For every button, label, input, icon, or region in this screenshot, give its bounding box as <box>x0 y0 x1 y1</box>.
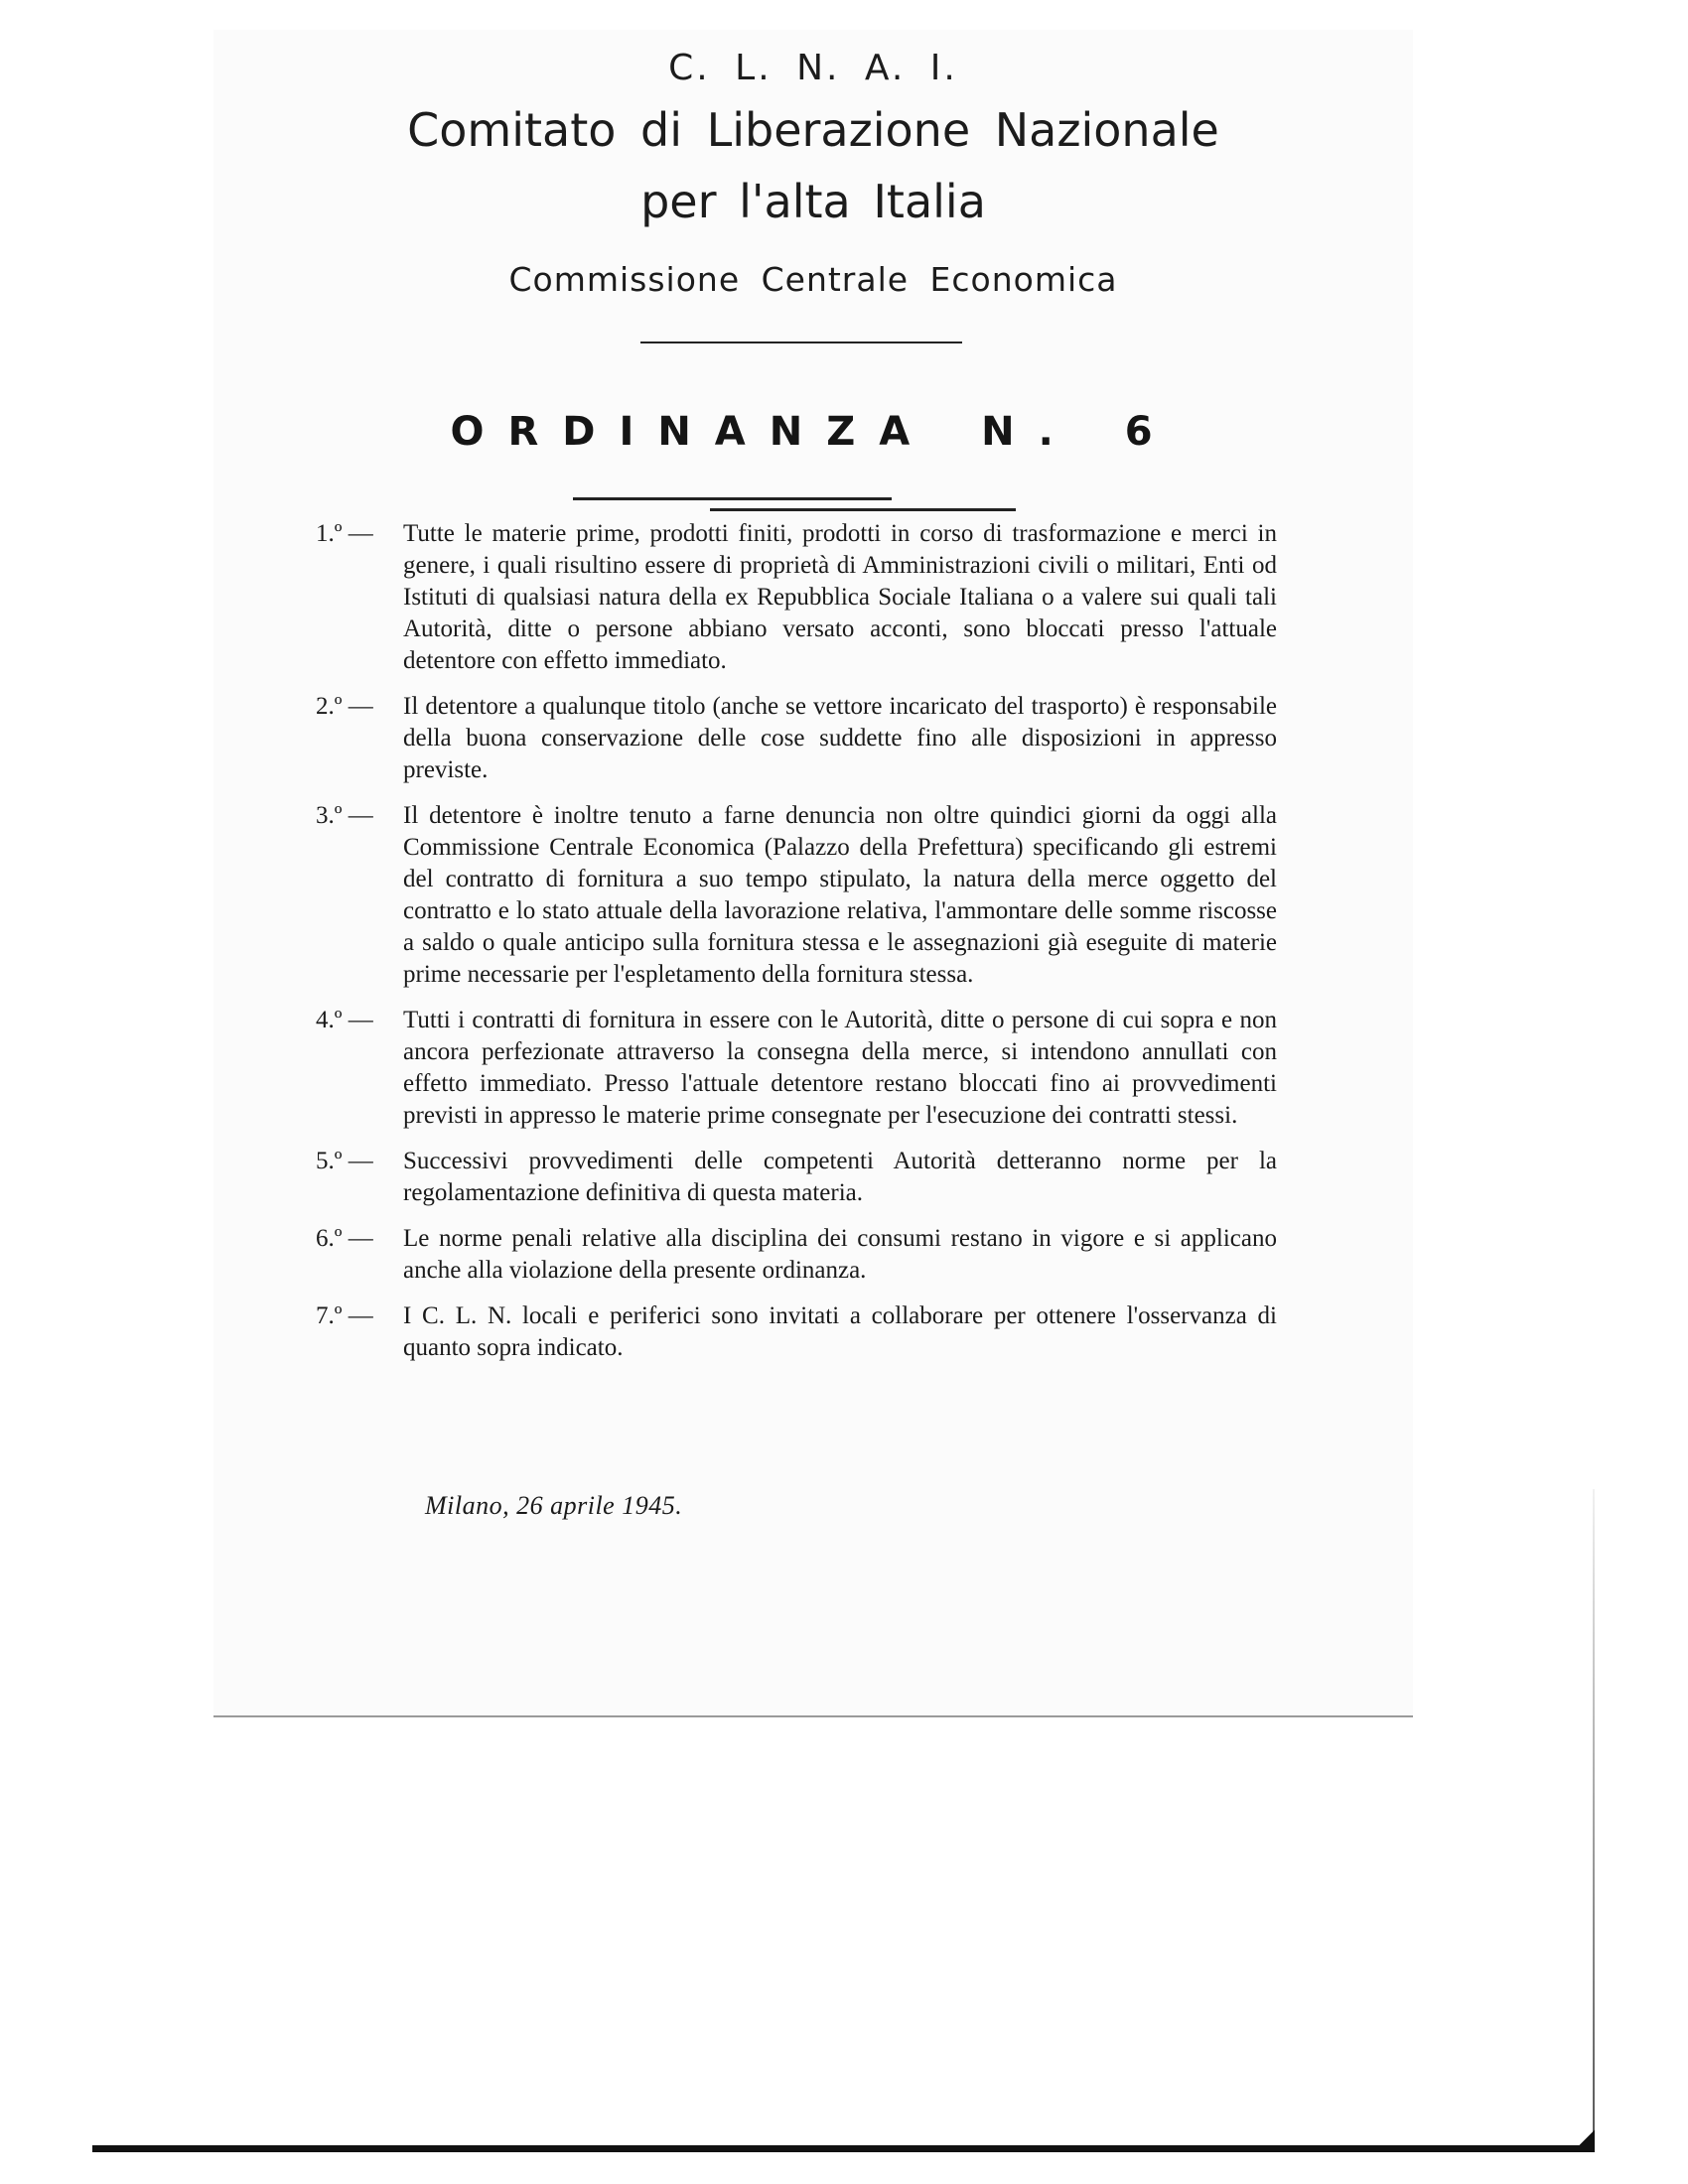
page-edge-bottom <box>92 2145 1595 2152</box>
header-subtitle: Commissione Centrale Economica <box>213 260 1413 299</box>
article-text: Il detentore a qualunque titolo (anche s… <box>403 691 1277 786</box>
article-number: 7.º — <box>316 1300 403 1364</box>
header-acronym: C. L. N. A. I. <box>213 48 1413 88</box>
article-2: 2.º — Il detentore a qualunque titolo (a… <box>316 691 1277 786</box>
article-number: 6.º — <box>316 1223 403 1287</box>
article-number: 4.º — <box>316 1005 403 1132</box>
article-number: 1.º — <box>316 518 403 677</box>
header-title-line2: per l'alta Italia <box>213 175 1413 228</box>
article-text: Tutte le materie prime, prodotti finiti,… <box>403 518 1277 677</box>
article-number: 5.º — <box>316 1146 403 1209</box>
ordinance-title: ORDINANZA N. 6 <box>213 409 1413 455</box>
article-7: 7.º — I C. L. N. locali e periferici son… <box>316 1300 1277 1364</box>
title-rule-lower <box>710 508 1016 511</box>
article-number: 2.º — <box>316 691 403 786</box>
article-4: 4.º — Tutti i contratti di fornitura in … <box>316 1005 1277 1132</box>
article-text: Successivi provvedimenti delle competent… <box>403 1146 1277 1209</box>
page-edge-right <box>1593 1489 1595 2149</box>
article-1: 1.º — Tutte le materie prime, prodotti f… <box>316 518 1277 677</box>
article-text: Tutti i contratti di fornitura in essere… <box>403 1005 1277 1132</box>
article-text: Le norme penali relative alla disciplina… <box>403 1223 1277 1287</box>
articles-list: 1.º — Tutte le materie prime, prodotti f… <box>316 518 1277 1378</box>
title-rule-upper <box>573 497 892 500</box>
header-divider <box>640 341 962 343</box>
article-text: I C. L. N. locali e periferici sono invi… <box>403 1300 1277 1364</box>
header-title-line1: Comitato di Liberazione Nazionale <box>213 103 1413 157</box>
article-number: 3.º — <box>316 800 403 991</box>
article-text: Il detentore è inoltre tenuto a farne de… <box>403 800 1277 991</box>
article-6: 6.º — Le norme penali relative alla disc… <box>316 1223 1277 1287</box>
article-5: 5.º — Successivi provvedimenti delle com… <box>316 1146 1277 1209</box>
page-corner <box>1579 2124 1595 2150</box>
article-3: 3.º — Il detentore è inoltre tenuto a fa… <box>316 800 1277 991</box>
date-line: Milano, 26 aprile 1945. <box>425 1491 682 1521</box>
